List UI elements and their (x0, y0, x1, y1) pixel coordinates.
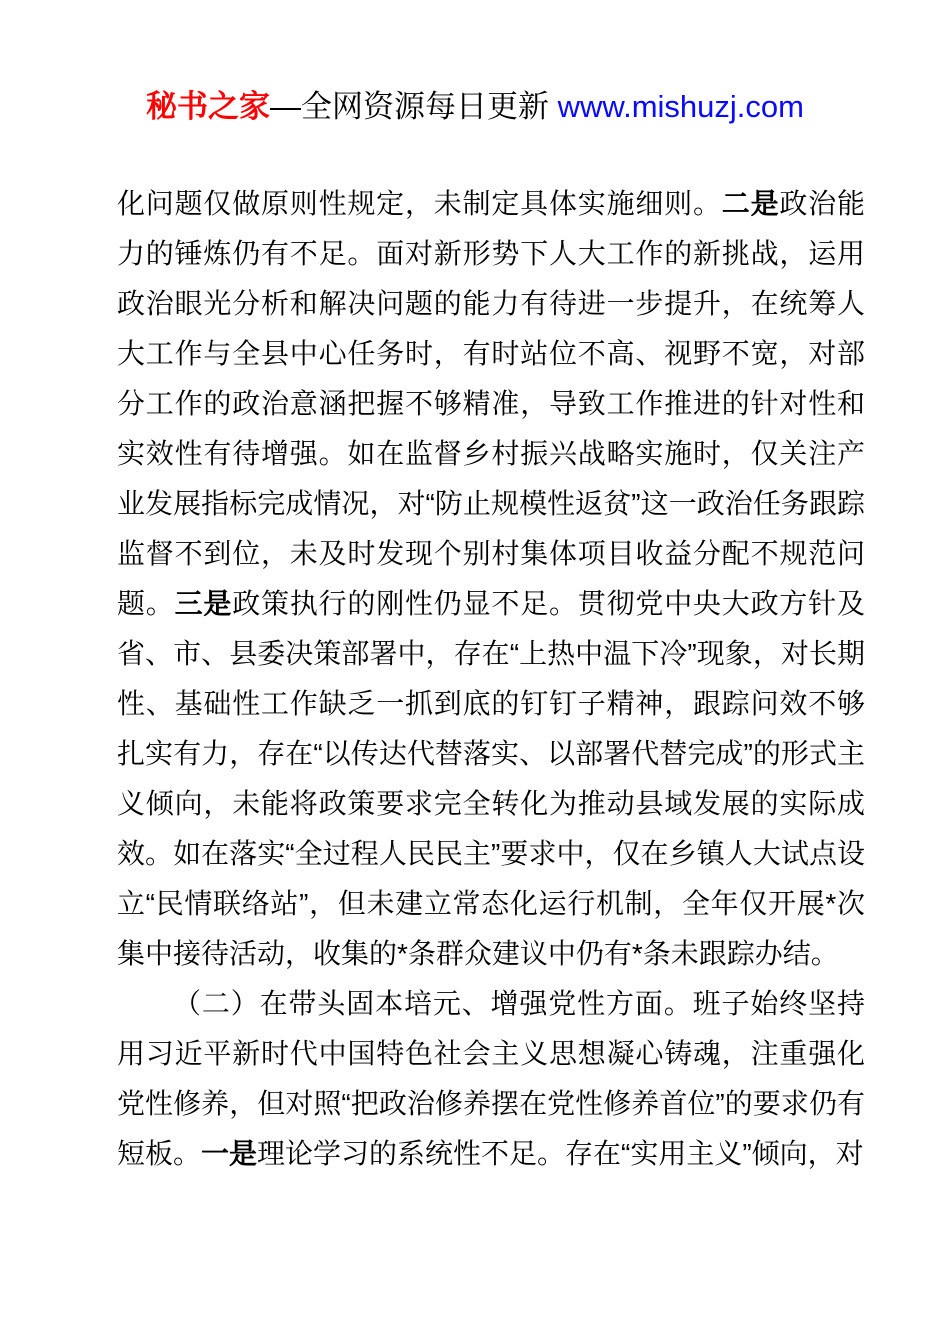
paragraph-section-two: （二）在带头固本培元、增强党性方面。班子始终坚持用习近平新时代中国特色社会主义思… (117, 979, 865, 1179)
body-text-run: 政策执行的刚性仍显不足。贯彻党中央大政方针及省、市、县委决策部署中，存在“上热中… (117, 588, 865, 969)
body-text-run: 理论学习的系统性不足。存在“实用主义”倾向，对 (257, 1138, 864, 1169)
site-url-link[interactable]: www.mishuzj.com (558, 89, 804, 124)
bold-marker-erishi: 二是 (722, 188, 780, 219)
bold-marker-yishi: 一是 (201, 1138, 257, 1169)
site-name: 秘书之家 (146, 89, 270, 124)
bold-marker-sanshi: 三是 (175, 588, 233, 619)
site-tagline: —全网资源每日更新 (270, 89, 558, 124)
body-text-run: 化问题仅做原则性规定，未制定具体实施细则。 (117, 188, 722, 219)
body-text-run: 政治能力的锤炼仍有不足。面对新形势下人大工作的新挑战，运用政治眼光分析和解决问题… (117, 188, 865, 619)
document-page: 秘书之家—全网资源每日更新 www.mishuzj.com 化问题仅做原则性规定… (0, 0, 950, 1344)
paragraph-continuation: 化问题仅做原则性规定，未制定具体实施细则。二是政治能力的锤炼仍有不足。面对新形势… (117, 179, 865, 979)
site-header: 秘书之家—全网资源每日更新 www.mishuzj.com (0, 0, 950, 125)
document-body: 化问题仅做原则性规定，未制定具体实施细则。二是政治能力的锤炼仍有不足。面对新形势… (117, 179, 865, 1179)
